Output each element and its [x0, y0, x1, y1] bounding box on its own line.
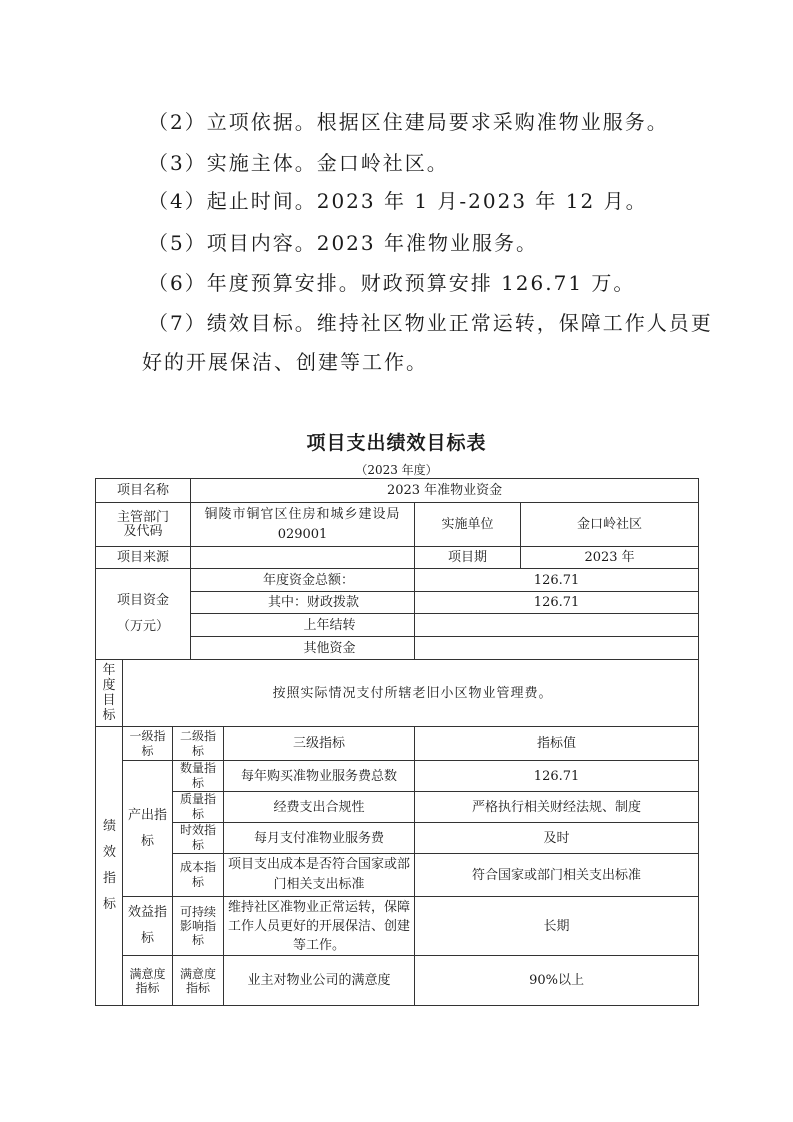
funds-label-text: 项目资金	[100, 588, 186, 614]
level2-cost: 成本指标	[173, 854, 224, 897]
level2-quantity: 数量指标	[173, 761, 224, 792]
value-quantity: 126.71	[415, 761, 699, 792]
paragraph-subject: （3）实施主体。金口岭社区。	[148, 151, 449, 175]
level2-sustainability: 可持续影响指标	[173, 897, 224, 956]
paragraph-budget: （6）年度预算安排。财政预算安排 126.71 万。	[148, 271, 635, 295]
project-name-value: 2023 年准物业资金	[191, 479, 699, 503]
level3-satisfaction: 业主对物业公司的满意度	[224, 956, 415, 1006]
level2-timeliness: 时效指标	[173, 823, 224, 854]
fund-other-label: 其他资金	[191, 637, 415, 660]
level3-sustainability: 维持社区准物业正常运转，保障工作人员更好的开展保洁、创建等工作。	[224, 897, 415, 956]
annual-goal-label: 年度目标	[96, 660, 123, 727]
dept-value: 铜陵市铜官区住房和城乡建设局 029001	[191, 503, 415, 547]
paragraph-period: （4）起止时间。2023 年 1 月-2023 年 12 月。	[148, 189, 648, 213]
funds-label: 项目资金 （万元）	[96, 569, 191, 660]
paragraph-goal-cont: 好的开展保洁、创建等工作。	[142, 350, 428, 374]
funds-unit: （万元）	[100, 614, 186, 640]
fund-other-value	[415, 637, 699, 660]
value-quality: 严格执行相关财经法规、制度	[415, 792, 699, 823]
table-row: 效益指标 可持续影响指标 维持社区准物业正常运转，保障工作人员更好的开展保洁、创…	[96, 897, 699, 956]
level3-quantity: 每年购买准物业服务费总数	[224, 761, 415, 792]
impl-unit-value: 金口岭社区	[521, 503, 699, 547]
perf-header-level2: 二级指标	[173, 727, 224, 761]
perf-header-value: 指标值	[415, 727, 699, 761]
impl-unit-label: 实施单位	[415, 503, 521, 547]
table-row: 产出指标 数量指标 每年购买准物业服务费总数 126.71	[96, 761, 699, 792]
source-value	[191, 547, 415, 569]
table-row: 成本指标 项目支出成本是否符合国家或部门相关支出标准 符合国家或部门相关支出标准	[96, 854, 699, 897]
paragraph-content: （5）项目内容。2023 年准物业服务。	[148, 231, 538, 255]
table-row: 满意度指标 满意度指标 业主对物业公司的满意度 90%以上	[96, 956, 699, 1006]
source-label: 项目来源	[96, 547, 191, 569]
period-label: 项目期	[415, 547, 521, 569]
table-row: 项目来源 项目期 2023 年	[96, 547, 699, 569]
project-name-label: 项目名称	[96, 479, 191, 503]
annual-goal-value: 按照实际情况支付所辖老旧小区物业管理费。	[123, 660, 699, 727]
level2-quality: 质量指标	[173, 792, 224, 823]
paragraph-goal: （7）绩效目标。维持社区物业正常运转，保障工作人员更	[148, 311, 713, 335]
fund-total-label: 年度资金总额：	[191, 569, 415, 592]
table-title: 项目支出绩效目标表	[0, 428, 793, 455]
level3-cost: 项目支出成本是否符合国家或部门相关支出标准	[224, 854, 415, 897]
perf-header-level1: 一级指标	[123, 727, 173, 761]
table-row: 主管部门及代码 铜陵市铜官区住房和城乡建设局 029001 实施单位 金口岭社区	[96, 503, 699, 547]
table-row: 项目资金 （万元） 年度资金总额： 126.71	[96, 569, 699, 592]
table-row: 质量指标 经费支出合规性 严格执行相关财经法规、制度	[96, 792, 699, 823]
value-satisfaction: 90%以上	[415, 956, 699, 1006]
level1-output: 产出指标	[123, 761, 173, 897]
dept-label-text: 主管部门及代码	[117, 511, 169, 539]
level1-satisfaction: 满意度指标	[123, 956, 173, 1006]
table-row: 时效指标 每月支付准物业服务费 及时	[96, 823, 699, 854]
value-timeliness: 及时	[415, 823, 699, 854]
dept-label: 主管部门及代码	[96, 503, 191, 547]
fund-carryover-value	[415, 614, 699, 637]
fund-carryover-label: 上年结转	[191, 614, 415, 637]
fund-total-value: 126.71	[415, 569, 699, 592]
performance-table: 项目名称 2023 年准物业资金 主管部门及代码 铜陵市铜官区住房和城乡建设局 …	[95, 478, 699, 1006]
table-subtitle: （2023 年度）	[0, 461, 793, 478]
table-row: 年度目标 按照实际情况支付所辖老旧小区物业管理费。	[96, 660, 699, 727]
paragraph-basis: （2）立项依据。根据区住建局要求采购准物业服务。	[148, 110, 669, 134]
period-value: 2023 年	[521, 547, 699, 569]
level1-benefit: 效益指标	[123, 897, 173, 956]
perf-label: 绩效指标	[96, 727, 123, 1006]
level3-quality: 经费支出合规性	[224, 792, 415, 823]
value-cost: 符合国家或部门相关支出标准	[415, 854, 699, 897]
dept-name: 铜陵市铜官区住房和城乡建设局	[195, 505, 410, 525]
perf-header-level3: 三级指标	[224, 727, 415, 761]
dept-code: 029001	[195, 525, 410, 545]
fund-fiscal-value: 126.71	[415, 592, 699, 614]
level3-timeliness: 每月支付准物业服务费	[224, 823, 415, 854]
table-row: 绩效指标 一级指标 二级指标 三级指标 指标值	[96, 727, 699, 761]
value-sustainability: 长期	[415, 897, 699, 956]
fund-fiscal-label: 其中：财政拨款	[191, 592, 415, 614]
table-row: 项目名称 2023 年准物业资金	[96, 479, 699, 503]
level2-satisfaction: 满意度指标	[173, 956, 224, 1006]
